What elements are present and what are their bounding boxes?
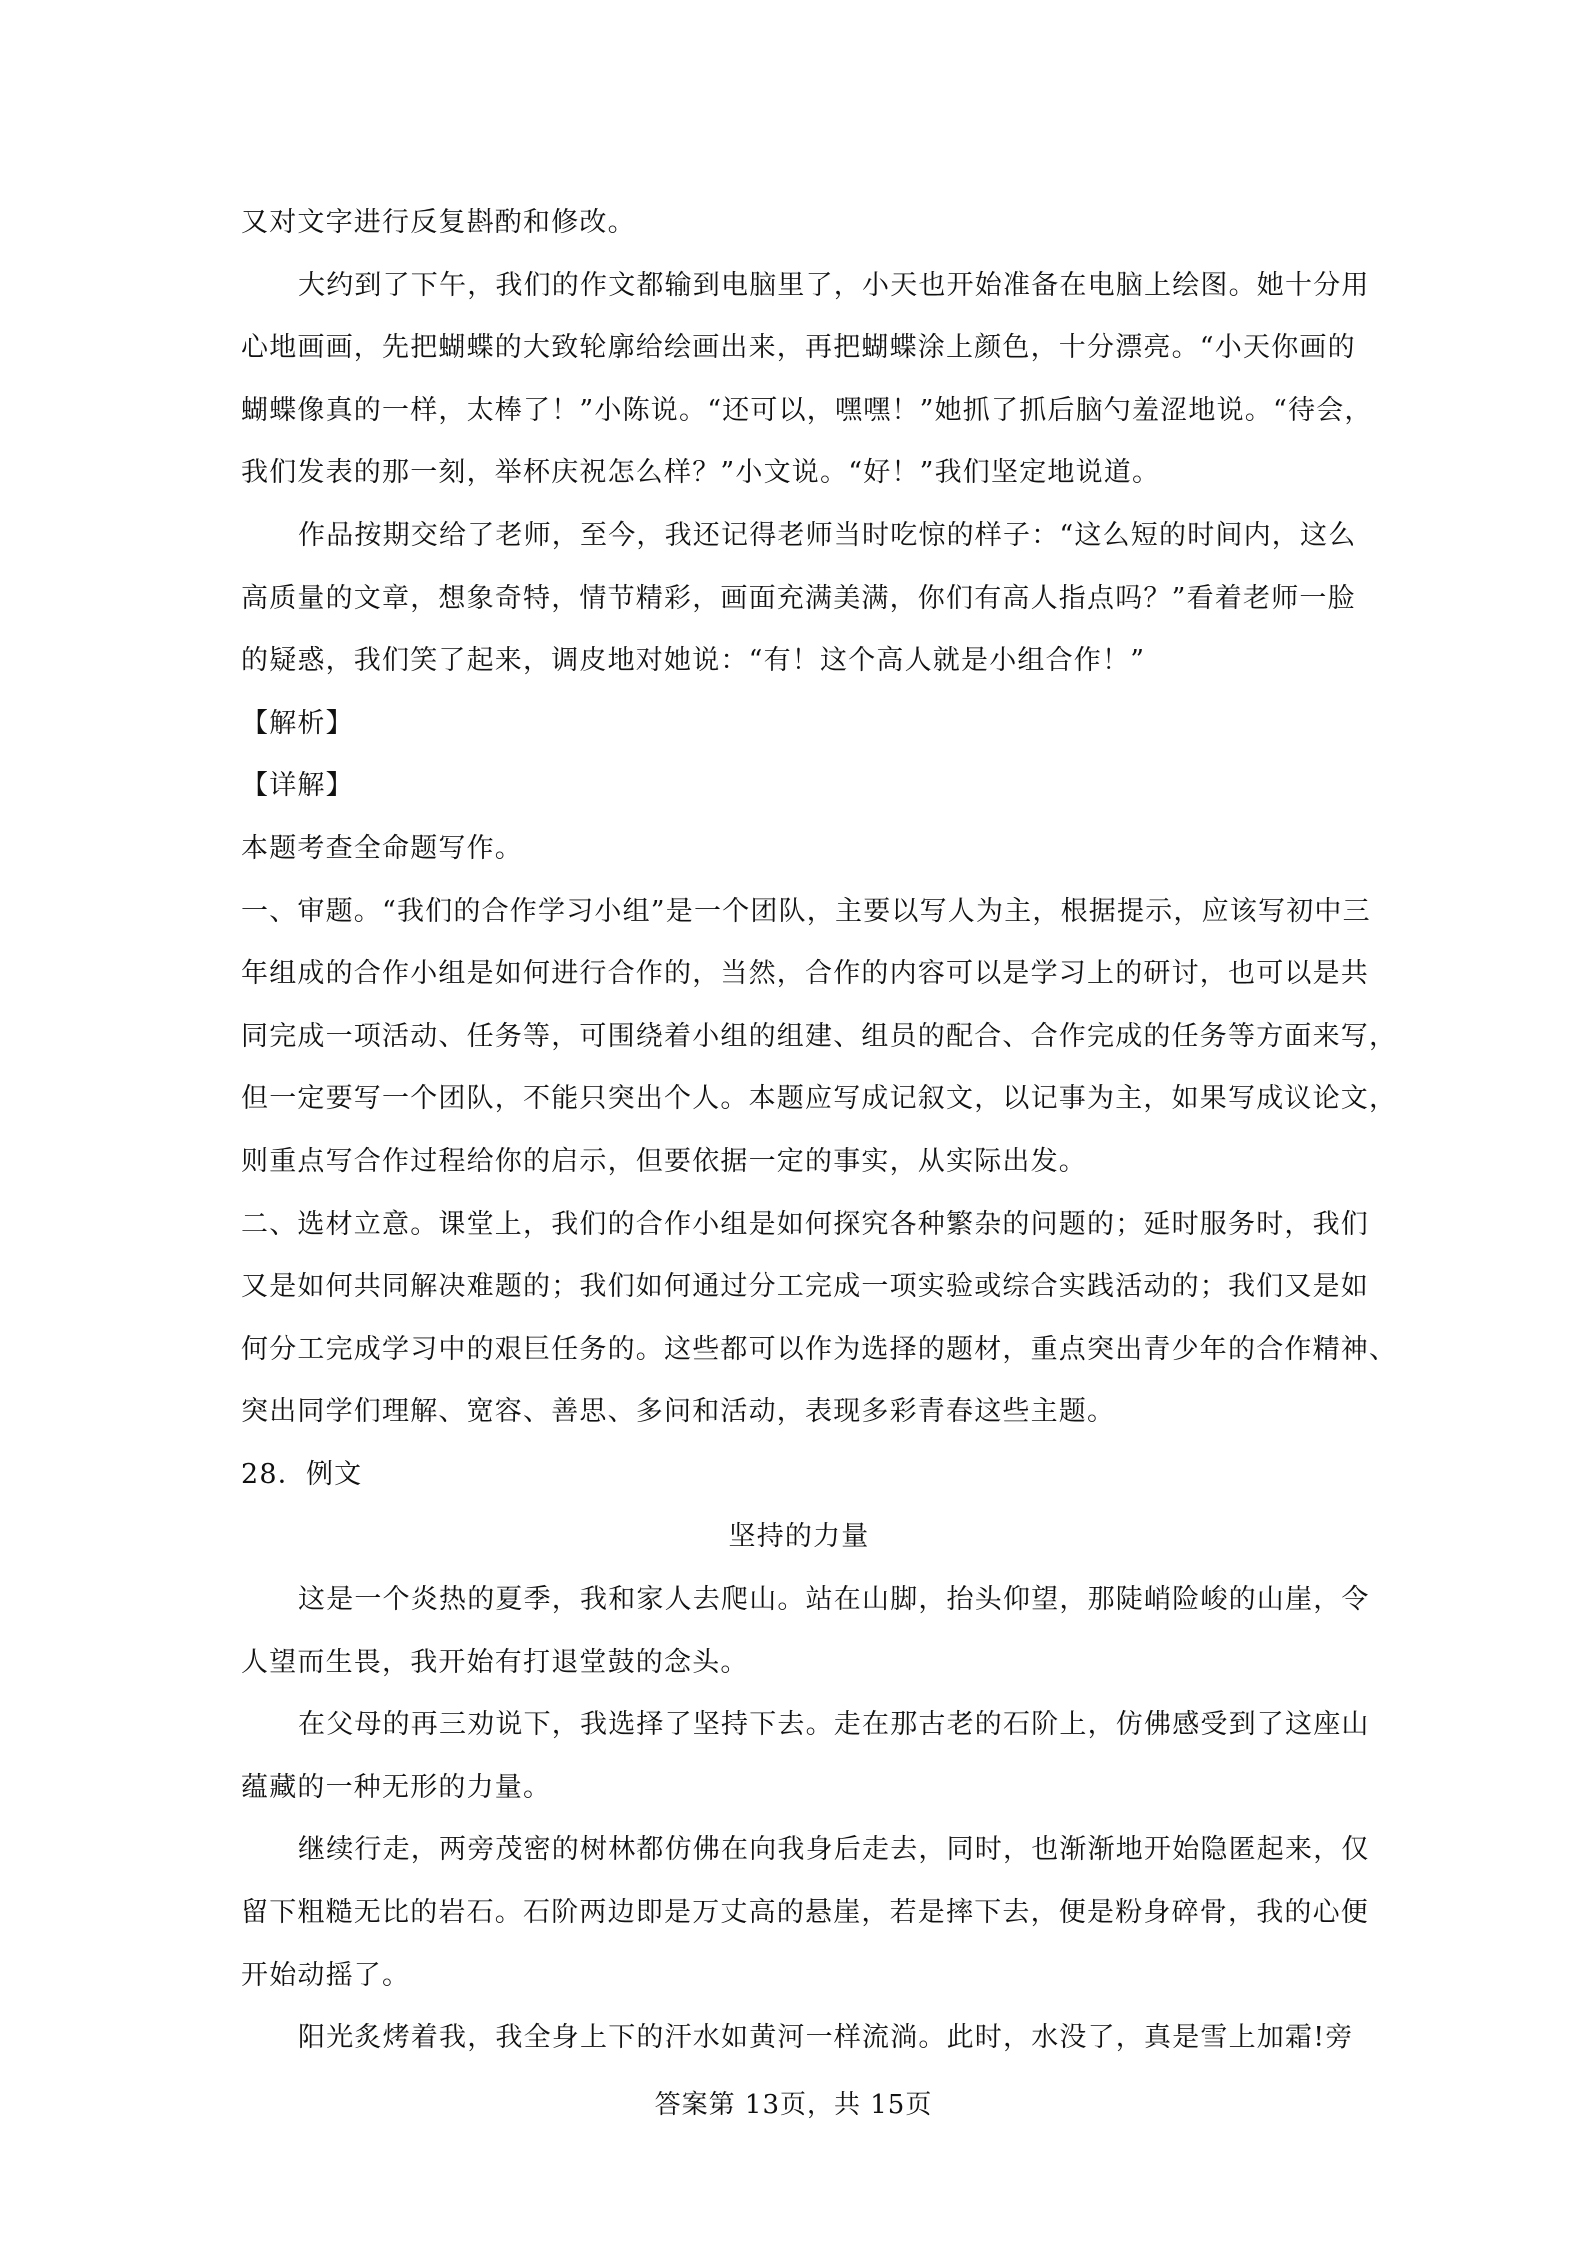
story-paragraph-afternoon: 大约到了下午，我们的作文都输到电脑里了，小天也开始准备在电脑上绘图。她十分用心地… [241,263,1357,513]
text-line: 一、审题。“我们的合作学习小组”是一个团队，主要以写人为主，根据提示，应该写初中… [241,889,1357,952]
essay-paragraph-2: 在父母的再三劝说下，我选择了坚持下去。走在那古老的石阶上，仿佛感受到了这座山蕴藏… [241,1702,1357,1827]
text-line: 坚持的力量 [241,1514,1357,1577]
text-line: 高质量的文章，想象奇特，情节精彩，画面充满美满，你们有高人指点吗？”看着老师一脸 [241,576,1357,639]
essay-paragraph-3: 继续行走，两旁茂密的树林都仿佛在向我身后走去，同时，也渐渐地开始隐匿起来，仅留下… [241,1827,1357,2015]
page-footer: 答案第 13页，共 15页 [0,2084,1587,2121]
text-line: 28．例文 [241,1452,1357,1515]
document-body: 又对文字进行反复斟酌和修改。大约到了下午，我们的作文都输到电脑里了，小天也开始准… [241,200,1357,2078]
text-line: 人望而生畏，我开始有打退堂鼓的念头。 [241,1640,1357,1703]
question-28-heading: 28．例文 [241,1452,1357,1515]
document-page: 又对文字进行反复斟酌和修改。大约到了下午，我们的作文都输到电脑里了，小天也开始准… [0,0,1587,2245]
text-line: 这是一个炎热的夏季，我和家人去爬山。站在山脚，抬头仰望，那陡峭险峻的山崖，令 [241,1577,1357,1640]
text-line: 但一定要写一个团队，不能只突出个人。本题应写成记叙文，以记事为主，如果写成议论文… [241,1076,1357,1139]
text-line: 继续行走，两旁茂密的树林都仿佛在向我身后走去，同时，也渐渐地开始隐匿起来，仅 [241,1827,1357,1890]
story-paragraph-submission: 作品按期交给了老师，至今，我还记得老师当时吃惊的样子：“这么短的时间内，这么高质… [241,513,1357,701]
text-line: 【详解】 [241,763,1357,826]
text-line: 同完成一项活动、任务等，可围绕着小组的组建、组员的配合、合作完成的任务等方面来写… [241,1014,1357,1077]
essay-title: 坚持的力量 [241,1514,1357,1577]
text-line: 何分工完成学习中的艰巨任务的。这些都可以作为选择的题材，重点突出青少年的合作精神… [241,1327,1357,1390]
section-label-analysis: 【解析】 [241,701,1357,764]
text-line: 【解析】 [241,701,1357,764]
text-line: 的疑惑，我们笑了起来，调皮地对她说：“有！这个高人就是小组合作！” [241,638,1357,701]
text-line: 本题考查全命题写作。 [241,826,1357,889]
text-line: 开始动摇了。 [241,1953,1357,2016]
text-line: 大约到了下午，我们的作文都输到电脑里了，小天也开始准备在电脑上绘图。她十分用 [241,263,1357,326]
text-line: 在父母的再三劝说下，我选择了坚持下去。走在那古老的石阶上，仿佛感受到了这座山 [241,1702,1357,1765]
text-line: 阳光炙烤着我，我全身上下的汗水如黄河一样流淌。此时，水没了，真是雪上加霜!旁 [241,2015,1357,2078]
text-line: 作品按期交给了老师，至今，我还记得老师当时吃惊的样子：“这么短的时间内，这么 [241,513,1357,576]
text-line: 又对文字进行反复斟酌和修改。 [241,200,1357,263]
text-line: 蝴蝶像真的一样，太棒了！”小陈说。“还可以，嘿嘿！”她抓了抓后脑勺羞涩地说。“待… [241,388,1357,451]
text-line: 二、选材立意。课堂上，我们的合作小组是如何探究各种繁杂的问题的；延时服务时，我们 [241,1202,1357,1265]
essay-paragraph-4: 阳光炙烤着我，我全身上下的汗水如黄河一样流淌。此时，水没了，真是雪上加霜!旁 [241,2015,1357,2078]
text-line: 心地画画，先把蝴蝶的大致轮廓给绘画出来，再把蝴蝶涂上颜色，十分漂亮。“小天你画的 [241,325,1357,388]
text-line: 年组成的合作小组是如何进行合作的，当然，合作的内容可以是学习上的研讨，也可以是共 [241,951,1357,1014]
essay-paragraph-1: 这是一个炎热的夏季，我和家人去爬山。站在山脚，抬头仰望，那陡峭险峻的山崖，令人望… [241,1577,1357,1702]
text-line: 我们发表的那一刻，举杯庆祝怎么样？”小文说。“好！”我们坚定地说道。 [241,450,1357,513]
analysis-point-2-material-selection: 二、选材立意。课堂上，我们的合作小组是如何探究各种繁杂的问题的；延时服务时，我们… [241,1202,1357,1452]
analysis-point-1-topic-review: 一、审题。“我们的合作学习小组”是一个团队，主要以写人为主，根据提示，应该写初中… [241,889,1357,1202]
text-line: 蕴藏的一种无形的力量。 [241,1765,1357,1828]
text-line: 突出同学们理解、宽容、善思、多问和活动，表现多彩青春这些主题。 [241,1389,1357,1452]
text-line: 留下粗糙无比的岩石。石阶两边即是万丈高的悬崖，若是摔下去，便是粉身碎骨，我的心便 [241,1890,1357,1953]
text-line: 又是如何共同解决难题的；我们如何通过分工完成一项实验或综合实践活动的；我们又是如 [241,1264,1357,1327]
analysis-intro: 本题考查全命题写作。 [241,826,1357,889]
section-label-details: 【详解】 [241,763,1357,826]
text-line: 则重点写合作过程给你的启示，但要依据一定的事实，从实际出发。 [241,1139,1357,1202]
story-paragraph-draft-end: 又对文字进行反复斟酌和修改。 [241,200,1357,263]
